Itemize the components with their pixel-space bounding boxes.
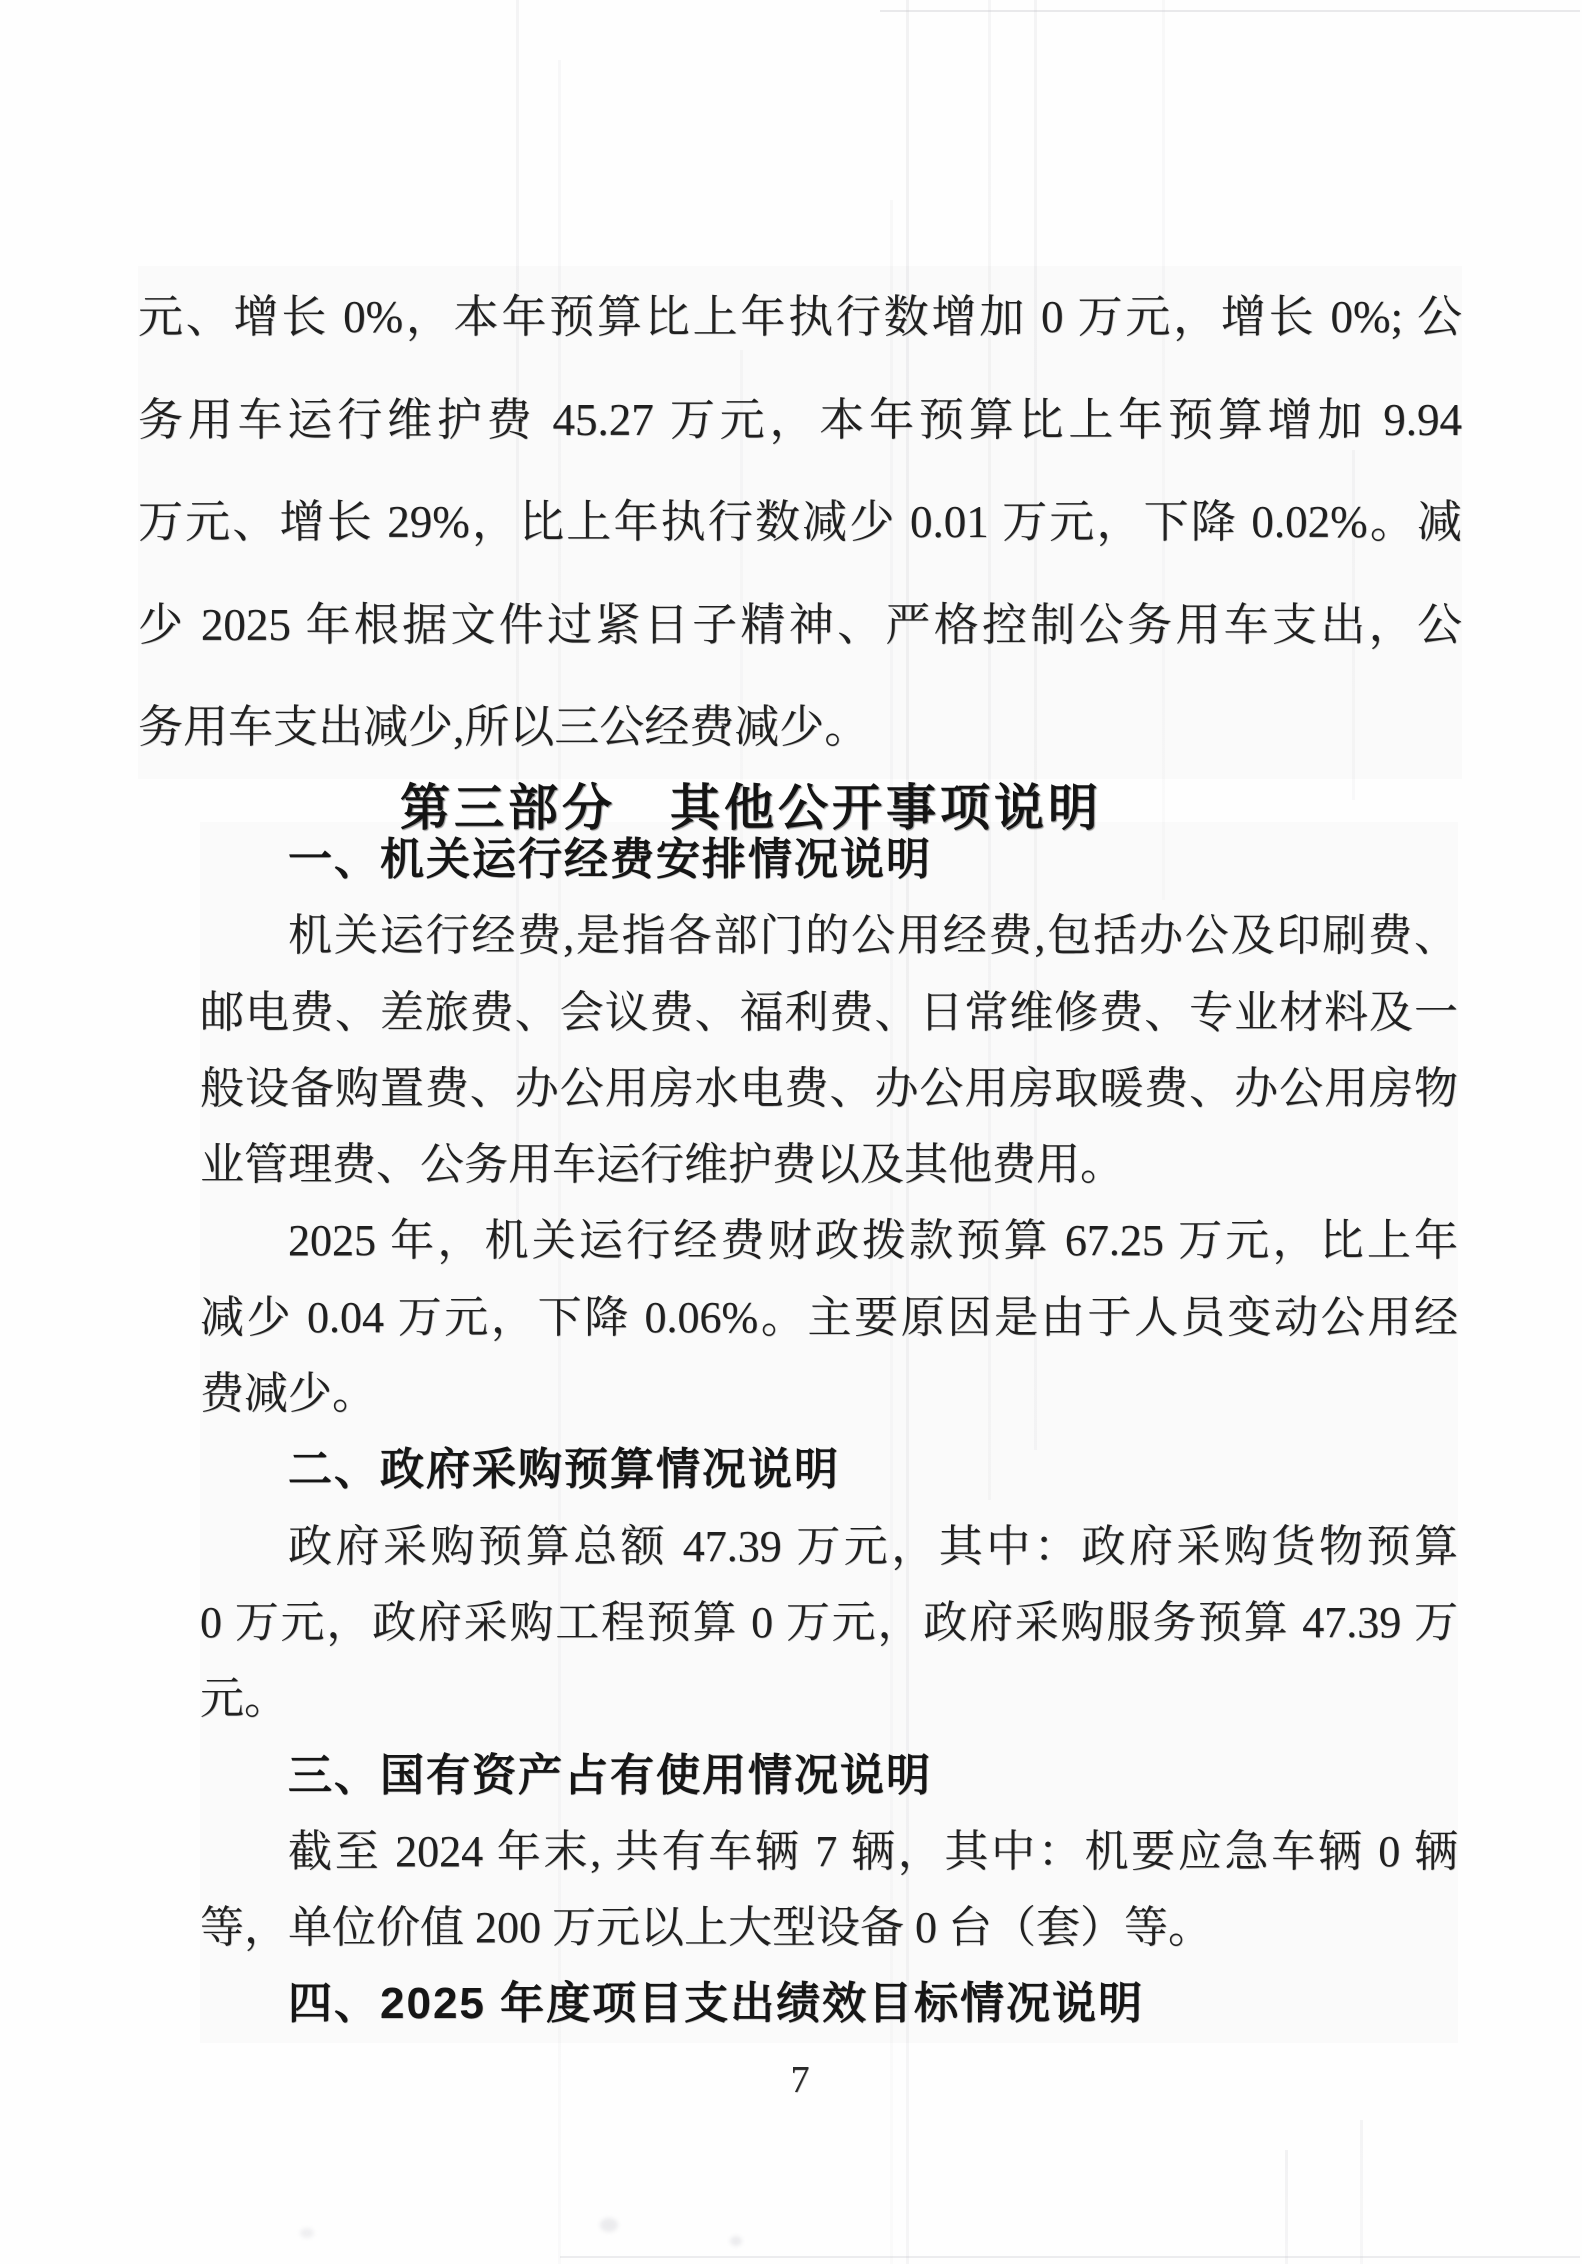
text-line: 万元、增长 29%，比上年执行数减少 0.01 万元，下降 0.02%。减 xyxy=(138,471,1462,574)
section-heading: 一、机关运行经费安排情况说明 xyxy=(200,822,1458,898)
text-line: 邮电费、差旅费、会议费、福利费、日常维修费、专业材料及一 xyxy=(200,975,1458,1051)
text-line: 元。 xyxy=(200,1661,1458,1737)
scan-streak xyxy=(880,10,1580,12)
section-content: 一、机关运行经费安排情况说明机关运行经费,是指各部门的公用经费,包括办公及印刷费… xyxy=(200,822,1458,2043)
page-number: 7 xyxy=(770,2058,830,2102)
text-line: 务用车支出减少,所以三公经费减少。 xyxy=(138,676,1462,779)
scanned-document-page: 元、增长 0%，本年预算比上年执行数增加 0 万元，增长 0%; 公务用车运行维… xyxy=(0,0,1582,2264)
text-line: 截至 2024 年末, 共有车辆 7 辆，其中：机要应急车辆 0 辆 xyxy=(200,1814,1458,1890)
scan-streak xyxy=(1285,2150,1288,2264)
scan-speck xyxy=(600,2218,618,2232)
text-line: 0 万元，政府采购工程预算 0 万元，政府采购服务预算 47.39 万 xyxy=(200,1585,1458,1661)
text-line: 2025 年，机关运行经费财政拨款预算 67.25 万元，比上年 xyxy=(200,1203,1458,1279)
scan-streak xyxy=(1360,2120,1363,2264)
text-line: 般设备购置费、办公用房水电费、办公用房取暖费、办公用房物 xyxy=(200,1051,1458,1127)
scan-streak xyxy=(560,2256,1580,2258)
section-heading: 二、政府采购预算情况说明 xyxy=(200,1432,1458,1508)
text-line: 少 2025 年根据文件过紧日子精神、严格控制公务用车支出，公 xyxy=(138,574,1462,677)
text-line: 减少 0.04 万元，下降 0.06%。主要原因是由于人员变动公用经 xyxy=(200,1280,1458,1356)
section-heading: 四、2025 年度项目支出绩效目标情况说明 xyxy=(200,1966,1458,2042)
text-line: 元、增长 0%，本年预算比上年执行数增加 0 万元，增长 0%; 公 xyxy=(138,266,1462,369)
section-heading: 三、国有资产占有使用情况说明 xyxy=(200,1738,1458,1814)
continuation-paragraph: 元、增长 0%，本年预算比上年执行数增加 0 万元，增长 0%; 公务用车运行维… xyxy=(138,266,1462,779)
text-line: 机关运行经费,是指各部门的公用经费,包括办公及印刷费、 xyxy=(200,898,1458,974)
text-line: 务用车运行维护费 45.27 万元，本年预算比上年预算增加 9.94 xyxy=(138,369,1462,472)
text-line: 政府采购预算总额 47.39 万元，其中：政府采购货物预算 xyxy=(200,1509,1458,1585)
scan-speck xyxy=(300,2228,314,2238)
text-line: 业管理费、公务用车运行维护费以及其他费用。 xyxy=(200,1127,1458,1203)
text-line: 费减少。 xyxy=(200,1356,1458,1432)
scan-speck xyxy=(730,2236,742,2246)
text-line: 等，单位价值 200 万元以上大型设备 0 台（套）等。 xyxy=(200,1890,1458,1966)
